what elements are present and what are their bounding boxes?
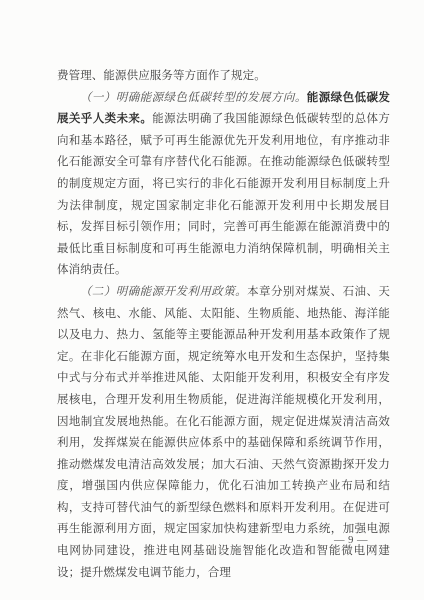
paragraph-continuation: 费管理、能源供应服务等方面作了规定。 — [57, 66, 390, 88]
document-page: 费管理、能源供应服务等方面作了规定。（一）明确能源绿色低碳转型的发展方向。能源绿… — [0, 0, 424, 600]
page-number: — 9 — — [334, 534, 368, 548]
text-segment-body: 费管理、能源供应服务等方面作了规定。 — [57, 70, 266, 82]
text-block: 费管理、能源供应服务等方面作了规定。（一）明确能源绿色低碳转型的发展方向。能源绿… — [57, 66, 390, 584]
text-segment-kai: （一）明确能源绿色低碳转型的发展方向。 — [80, 92, 307, 104]
text-segment-body: 能源法明确了我国能源绿色低碳转型的总体方向和基本路径，赋予可再生能源优先开发利用… — [57, 113, 390, 276]
text-segment-kai: （二）明确能源开发利用政策。 — [80, 286, 247, 298]
paragraph-item-1: （一）明确能源绿色低碳转型的发展方向。能源绿色低碳发展关乎人类未来。能源法明确了… — [57, 88, 390, 282]
